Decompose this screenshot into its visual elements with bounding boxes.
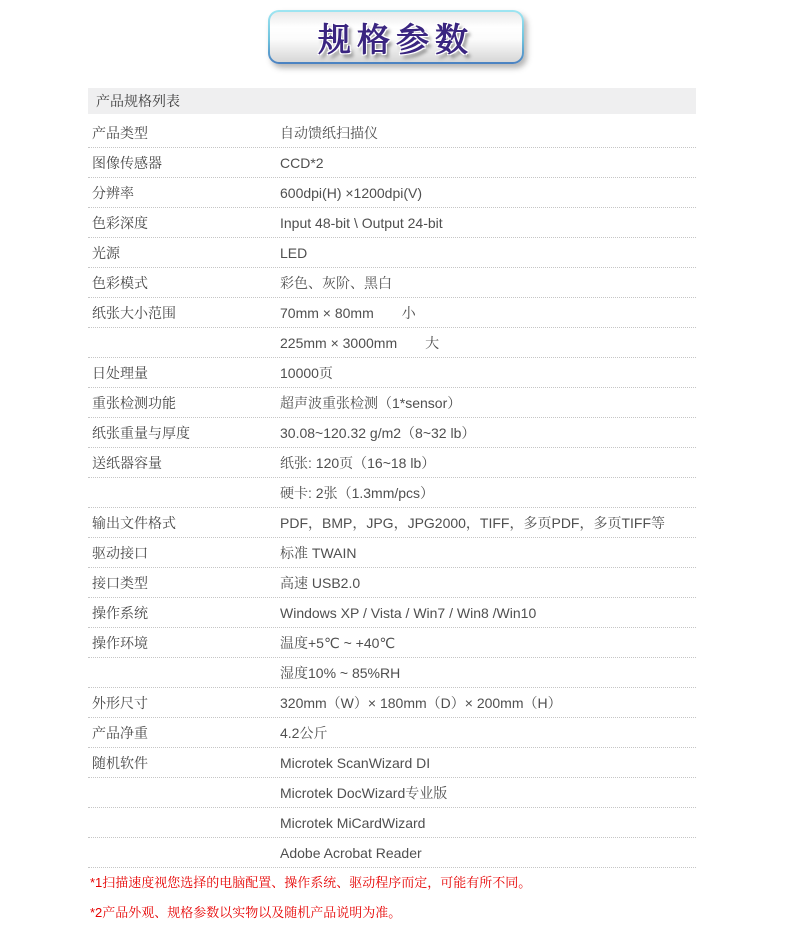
spec-row: 纸张重量与厚度30.08~120.32 g/m2（8~32 lb）	[88, 418, 696, 448]
spec-label: 操作环境	[88, 633, 280, 653]
spec-row: 分辨率600dpi(H) ×1200dpi(V)	[88, 178, 696, 208]
spec-value: 超声波重张检测（1*sensor）	[280, 393, 696, 413]
spec-value: Microtek DocWizard专业版	[280, 783, 696, 803]
spec-value: CCD*2	[280, 155, 696, 171]
spec-value: 225mm × 3000mm 大	[280, 333, 696, 353]
spec-row: 外形尺寸320mm（W）× 180mm（D）× 200mm（H）	[88, 688, 696, 718]
spec-value: PDF，BMP，JPG，JPG2000，TIFF，多页PDF，多页TIFF等	[280, 513, 696, 533]
spec-label: 操作系统	[88, 603, 280, 623]
spec-value: 标准 TWAIN	[280, 543, 696, 563]
spec-value: Adobe Acrobat Reader	[280, 845, 696, 861]
spec-value: Microtek MiCardWizard	[280, 815, 696, 831]
table-header: 产品规格列表	[88, 88, 696, 114]
spec-row: 日处理量10000页	[88, 358, 696, 388]
page-title: 规格参数	[318, 14, 474, 61]
spec-value: 湿度10% ~ 85%RH	[280, 663, 696, 683]
spec-label: 色彩模式	[88, 273, 280, 293]
spec-label: 随机软件	[88, 753, 280, 773]
spec-label: 接口类型	[88, 573, 280, 593]
spec-row: 光源LED	[88, 238, 696, 268]
spec-label: 纸张重量与厚度	[88, 423, 280, 443]
spec-value: 硬卡: 2张（1.3mm/pcs）	[280, 483, 696, 503]
spec-title-badge: 规格参数	[268, 10, 524, 64]
spec-value: LED	[280, 245, 696, 261]
spec-label: 重张检测功能	[88, 393, 280, 413]
spec-label: 日处理量	[88, 363, 280, 383]
spec-value: 4.2公斤	[280, 723, 696, 743]
spec-row: 驱动接口标准 TWAIN	[88, 538, 696, 568]
spec-label: 外形尺寸	[88, 693, 280, 713]
spec-row: 湿度10% ~ 85%RH	[88, 658, 696, 688]
spec-label: 色彩深度	[88, 213, 280, 233]
spec-row: 图像传感器CCD*2	[88, 148, 696, 178]
spec-label: 光源	[88, 243, 280, 263]
spec-row: Adobe Acrobat Reader	[88, 838, 696, 868]
spec-row: 输出文件格式PDF，BMP，JPG，JPG2000，TIFF，多页PDF，多页T…	[88, 508, 696, 538]
spec-row: 送纸器容量纸张: 120页（16~18 lb）	[88, 448, 696, 478]
spec-value: 10000页	[280, 363, 696, 383]
spec-label: 纸张大小范围	[88, 303, 280, 323]
spec-value: Windows XP / Vista / Win7 / Win8 /Win10	[280, 605, 696, 621]
spec-row: 225mm × 3000mm 大	[88, 328, 696, 358]
spec-label: 产品类型	[88, 123, 280, 143]
spec-label: 输出文件格式	[88, 513, 280, 533]
spec-value: 高速 USB2.0	[280, 573, 696, 593]
spec-row: 硬卡: 2张（1.3mm/pcs）	[88, 478, 696, 508]
table-body: 产品类型自动馈纸扫描仪图像传感器CCD*2分辨率600dpi(H) ×1200d…	[88, 118, 696, 868]
spec-value: 纸张: 120页（16~18 lb）	[280, 453, 696, 473]
spec-title-badge-face: 规格参数	[270, 12, 522, 62]
spec-value: 温度+5℃ ~ +40℃	[280, 633, 696, 653]
spec-row: Microtek DocWizard专业版	[88, 778, 696, 808]
spec-value: 70mm × 80mm 小	[280, 303, 696, 323]
spec-value: Microtek ScanWizard DI	[280, 755, 696, 771]
spec-label: 驱动接口	[88, 543, 280, 563]
spec-row: 产品类型自动馈纸扫描仪	[88, 118, 696, 148]
spec-value: 320mm（W）× 180mm（D）× 200mm（H）	[280, 693, 696, 713]
spec-row: 随机软件Microtek ScanWizard DI	[88, 748, 696, 778]
spec-row: Microtek MiCardWizard	[88, 808, 696, 838]
spec-row: 重张检测功能超声波重张检测（1*sensor）	[88, 388, 696, 418]
spec-value: 600dpi(H) ×1200dpi(V)	[280, 185, 696, 201]
spec-row: 接口类型高速 USB2.0	[88, 568, 696, 598]
footnotes: *1扫描速度视您选择的电脑配置、操作系统、驱动程序而定，可能有所不同。 *2产品…	[88, 868, 728, 928]
spec-label: 产品净重	[88, 723, 280, 743]
spec-label: 送纸器容量	[88, 453, 280, 473]
spec-label: 图像传感器	[88, 153, 280, 173]
footnote-1: *1扫描速度视您选择的电脑配置、操作系统、驱动程序而定，可能有所不同。	[88, 868, 728, 898]
spec-value: 自动馈纸扫描仪	[280, 123, 696, 143]
spec-value: 30.08~120.32 g/m2（8~32 lb）	[280, 423, 696, 443]
spec-row: 色彩深度Input 48-bit \ Output 24-bit	[88, 208, 696, 238]
spec-value: Input 48-bit \ Output 24-bit	[280, 215, 696, 231]
spec-row: 纸张大小范围70mm × 80mm 小	[88, 298, 696, 328]
spec-table: 产品规格列表 产品类型自动馈纸扫描仪图像传感器CCD*2分辨率600dpi(H)…	[88, 88, 696, 868]
spec-label: 分辨率	[88, 183, 280, 203]
spec-row: 色彩模式彩色、灰阶、黑白	[88, 268, 696, 298]
spec-row: 产品净重4.2公斤	[88, 718, 696, 748]
spec-row: 操作环境温度+5℃ ~ +40℃	[88, 628, 696, 658]
spec-row: 操作系统Windows XP / Vista / Win7 / Win8 /Wi…	[88, 598, 696, 628]
footnote-2: *2产品外观、规格参数以实物以及随机产品说明为准。	[88, 898, 728, 928]
spec-value: 彩色、灰阶、黑白	[280, 273, 696, 293]
